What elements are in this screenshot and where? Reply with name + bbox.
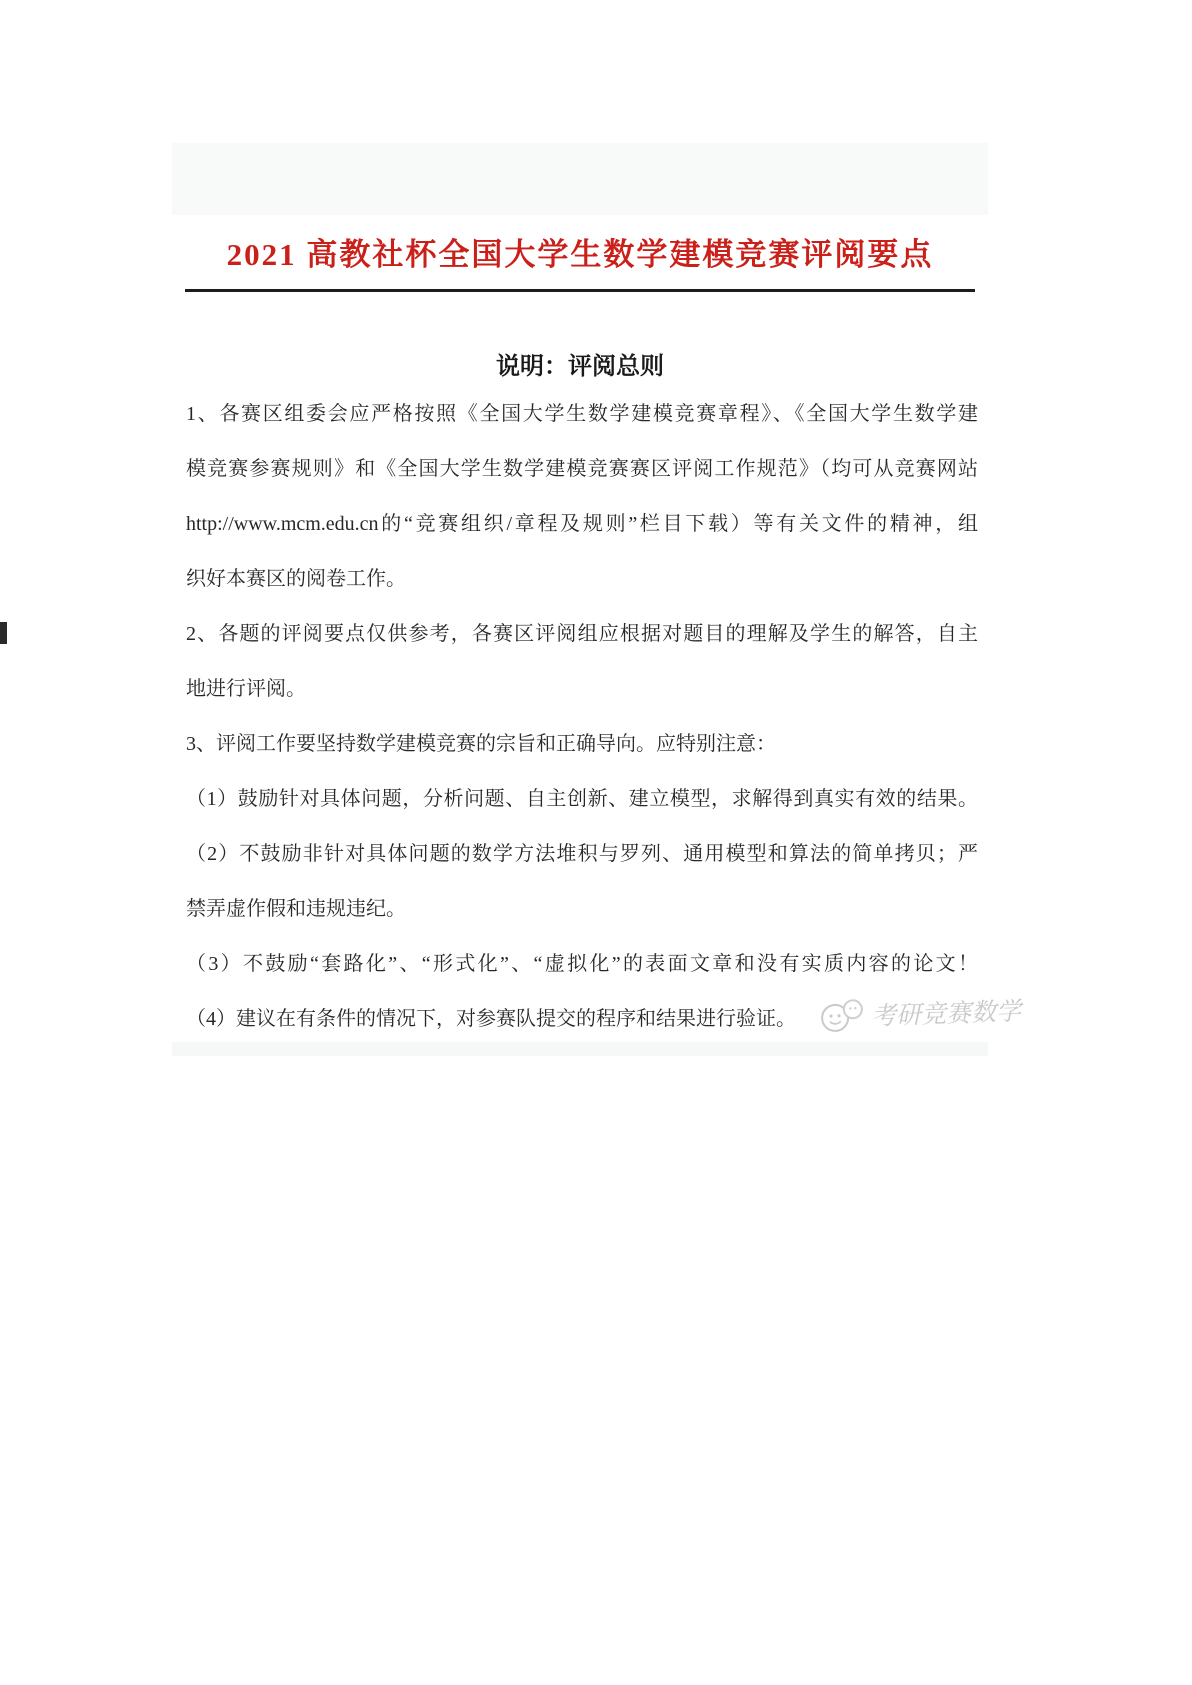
scan-artifact-mark [0,622,7,644]
body-line: 2、各题的评阅要点仅供参考，各赛区评阅组应根据对题目的理解及学生的解答，自主 [186,607,978,662]
section-heading: 说明：评阅总则 [172,346,988,381]
body-line: http://www.mcm.edu.cn的“竞赛组织/章程及规则”栏目下载）等… [186,497,978,552]
body-line: （3）不鼓励“套路化”、“形式化”、“虚拟化”的表面文章和没有实质内容的论文！ [186,937,978,992]
watermark: 考研竞赛数学 [816,989,1021,1036]
body-line: 模竞赛参赛规则》和《全国大学生数学建模竞赛赛区评阅工作规范》（均可从竞赛网站 [186,442,978,497]
title-underline [185,289,975,292]
body-line: 织好本赛区的阅卷工作。 [186,552,978,607]
body-line: 禁弄虚作假和违规违纪。 [186,882,978,937]
body-line: （2）不鼓励非针对具体问题的数学方法堆积与罗列、通用模型和算法的简单拷贝；严 [186,827,978,882]
scan-top-band [172,143,988,215]
body-line: 地进行评阅。 [186,662,978,717]
document-title: 2021 高教社杯全国大学生数学建模竞赛评阅要点 [172,229,988,274]
scan-bottom-band [172,1042,988,1056]
body-line: 3、评阅工作要坚持数学建模竞赛的宗旨和正确导向。应特别注意： [186,717,978,772]
document-page: 2021 高教社杯全国大学生数学建模竞赛评阅要点 说明：评阅总则 1、各赛区组委… [172,143,988,1056]
watermark-text: 考研竞赛数学 [870,991,1021,1032]
document-body: 1、各赛区组委会应严格按照《全国大学生数学建模竞赛章程》、《全国大学生数学建 模… [186,387,978,1047]
body-line: 1、各赛区组委会应严格按照《全国大学生数学建模竞赛章程》、《全国大学生数学建 [186,387,978,442]
body-line: （1）鼓励针对具体问题，分析问题、自主创新、建立模型，求解得到真实有效的结果。 [186,772,978,827]
watermark-logo-icon [816,995,865,1037]
